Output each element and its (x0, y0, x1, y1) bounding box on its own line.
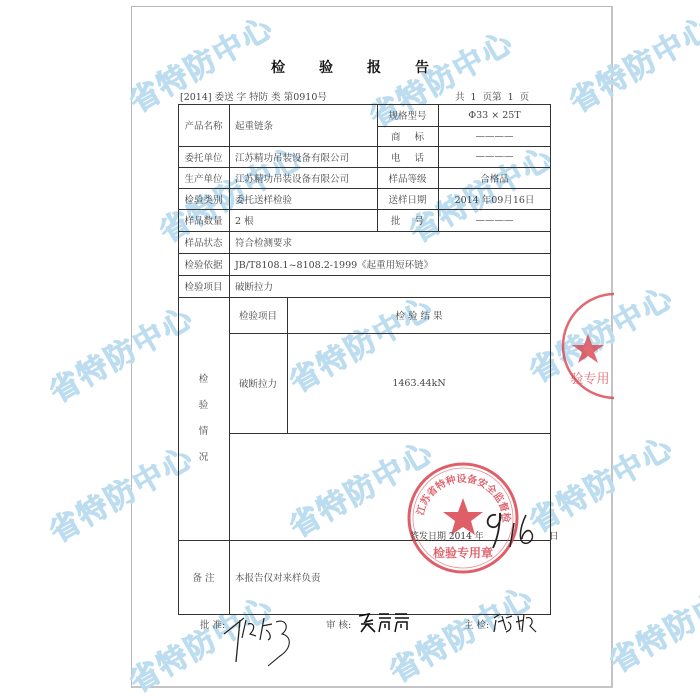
manufacturer-value: 江苏精功吊装设备有限公司 (229, 167, 377, 188)
basis-label: 检验依据 (178, 253, 229, 275)
result-item-header: 检验项目 (229, 297, 287, 333)
row-divider (229, 433, 551, 434)
page-info: 共 1 页第 1 页 (455, 89, 529, 103)
day-char: 日 (549, 532, 558, 542)
product-name-label: 产品名称 (178, 104, 229, 146)
phone-label: 电话 (377, 146, 438, 167)
issue-year: 2014 (449, 532, 472, 542)
reviewer-signature (355, 610, 415, 635)
watermark-text: 省特防中心 (600, 563, 700, 681)
title-char: 报 (367, 57, 381, 77)
trademark-label: 商标 (377, 126, 438, 146)
title-char: 检 (271, 57, 285, 77)
svg-text:验专用: 验专用 (570, 371, 609, 387)
trademark-value: ———— (438, 126, 551, 146)
remarks-label: 备 注 (178, 540, 229, 614)
spec-value: Φ33 × 25T (438, 104, 551, 126)
batch-value: ———— (438, 209, 551, 231)
phone-value: ———— (438, 146, 551, 167)
item-label: 检验项目 (178, 275, 229, 297)
approver-signature (220, 612, 310, 692)
inspect-label: 主 检: (464, 617, 489, 631)
status-value: 符合检测要求 (229, 231, 535, 253)
delivery-date-label: 送样日期 (377, 188, 438, 209)
document-number: [2014] 委送 字 特防 类 第0910号 (180, 89, 327, 103)
inspector-signature (490, 610, 540, 635)
client-label: 委托单位 (178, 146, 229, 167)
title-char: 告 (415, 57, 429, 77)
basis-value: JB/T8108.1~8108.2-1999《起重用短环链》 (229, 253, 535, 275)
batch-label: 批号 (377, 209, 438, 231)
handwritten-date (478, 503, 548, 553)
section-label-char: 况 (178, 449, 229, 475)
client-value: 江苏精功吊装设备有限公司 (229, 146, 377, 167)
review-label: 审 核: (326, 617, 351, 631)
report-title: 检验报告 (0, 57, 700, 77)
quantity-value: 2 根 (229, 209, 377, 231)
quantity-label: 样品数量 (178, 209, 229, 231)
spec-label: 规格型号 (377, 104, 438, 126)
section-label-char: 情 (178, 423, 229, 449)
seal-star-icon (572, 334, 604, 363)
issue-date-label: 签发日期 (410, 532, 446, 542)
grade-label: 样品等级 (377, 167, 438, 188)
inspection-section-label: 检 验 情 况 (178, 371, 229, 475)
section-label-char: 验 (178, 397, 229, 423)
delivery-date-value: 2014 年09月16日 (438, 188, 551, 209)
grade-value: 合格品 (438, 167, 551, 188)
item-value: 破断拉力 (229, 275, 535, 297)
product-name-value: 起重链条 (229, 104, 377, 146)
inspection-type-value: 委托送样检验 (229, 188, 377, 209)
title-char: 验 (319, 57, 333, 77)
partial-seal: 验专用 (560, 291, 614, 401)
inspection-type-label: 检验类别 (178, 188, 229, 209)
result-value-header: 检 验 结 果 (287, 297, 551, 333)
status-label: 样品状态 (178, 231, 229, 253)
result-item: 破断拉力 (229, 333, 287, 433)
section-label-char: 检 (178, 371, 229, 397)
manufacturer-label: 生产单位 (178, 167, 229, 188)
result-value: 1463.44kN (287, 333, 551, 433)
